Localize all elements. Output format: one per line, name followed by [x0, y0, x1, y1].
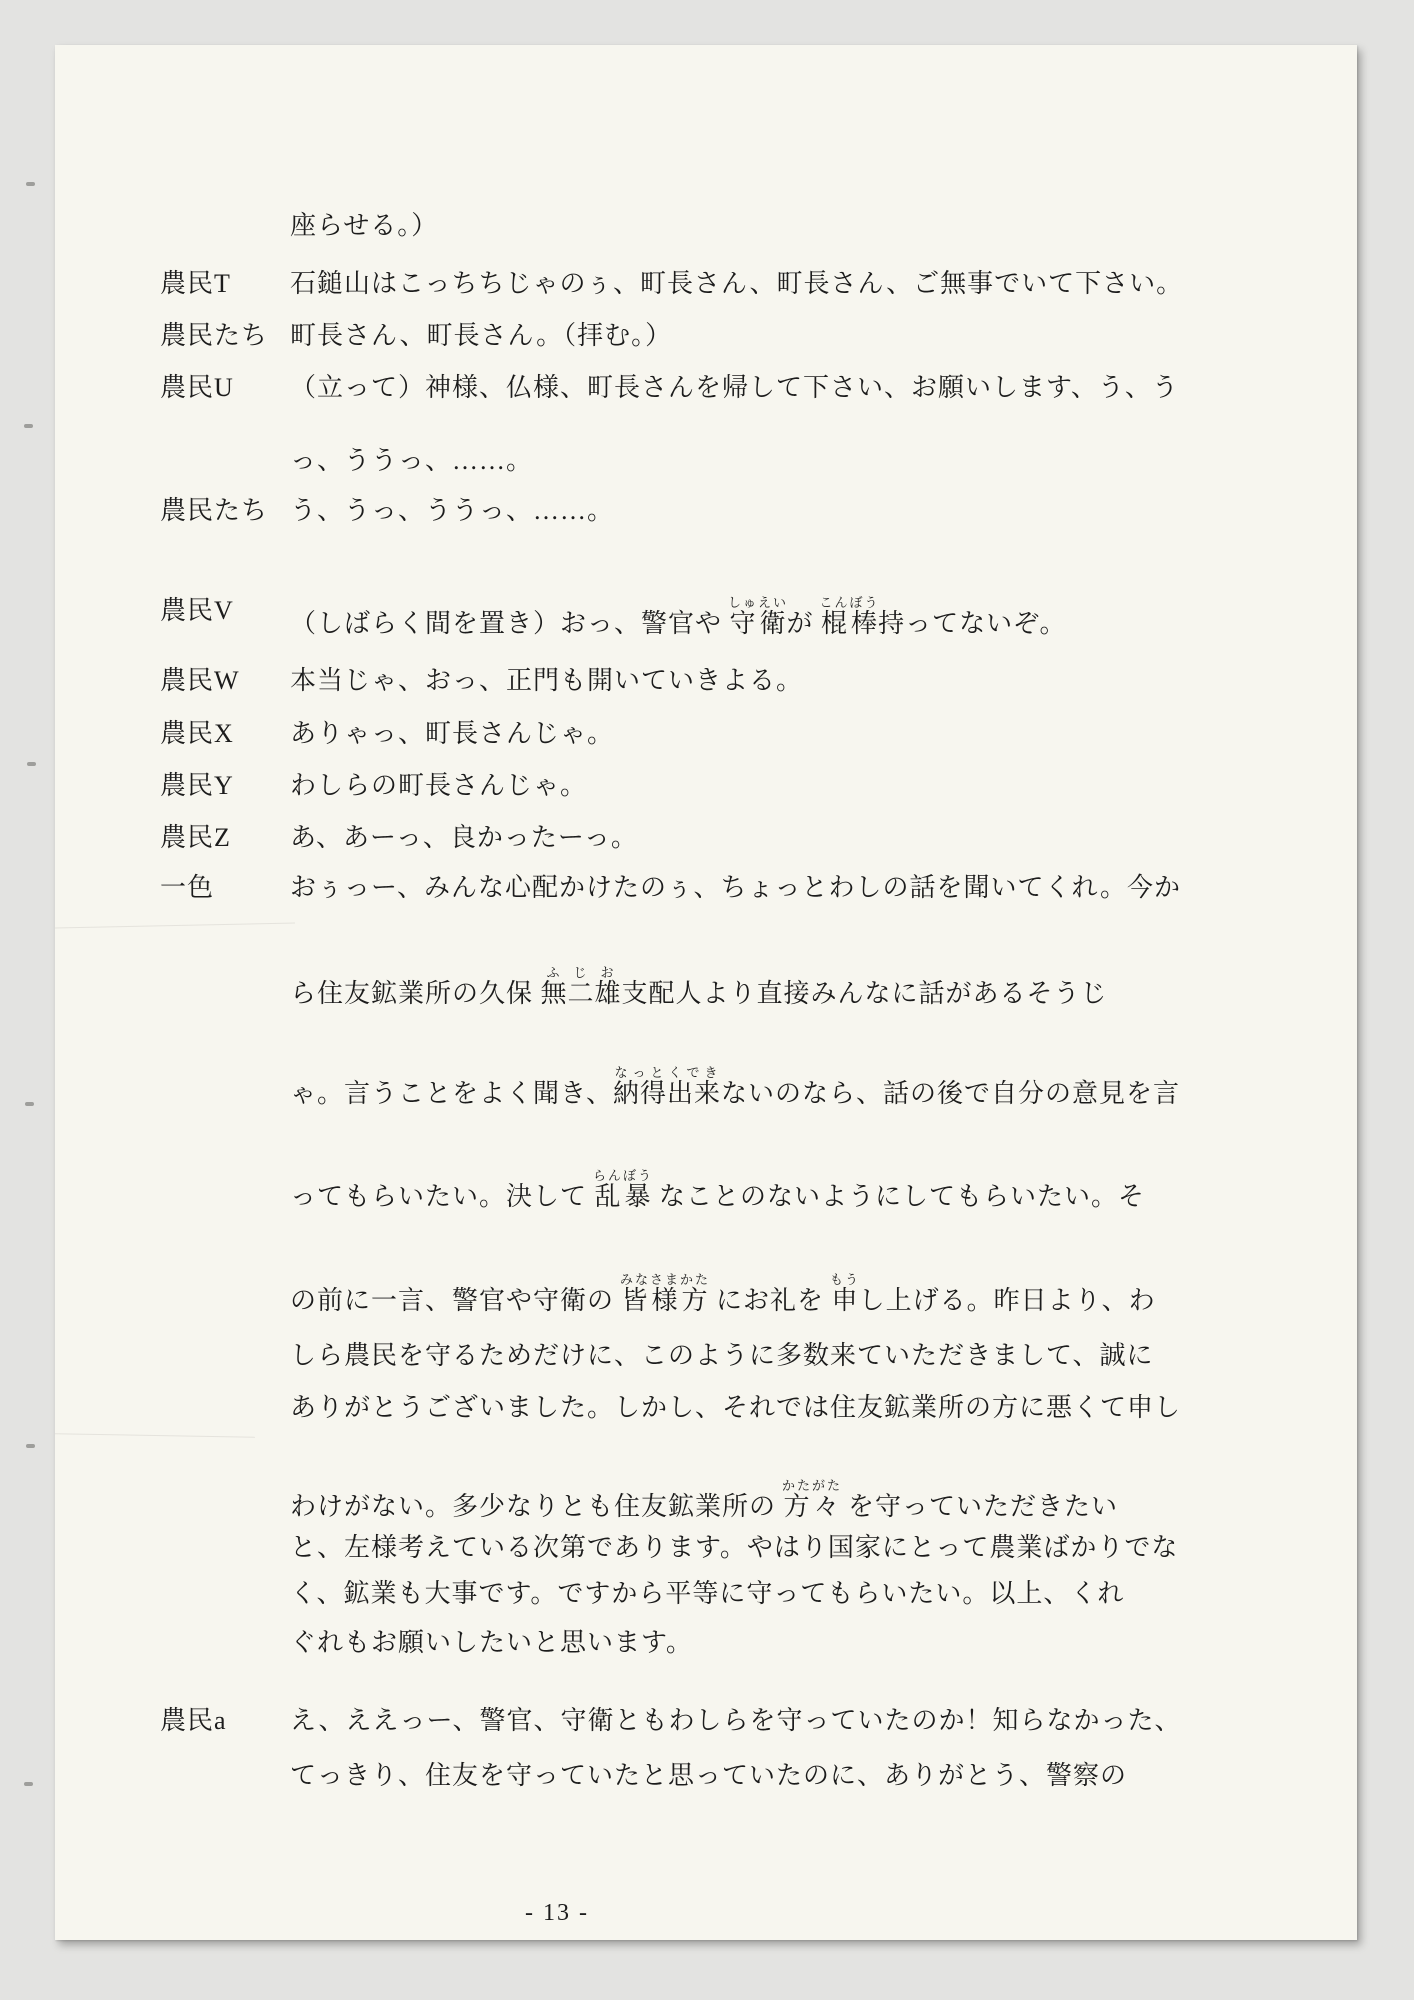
script-line: ゃ。言うことをよく聞き、納得出来なっとくできないのなら、話の後で自分の意見を言	[160, 1065, 1307, 1111]
script-line: 一色おぅっー、みんな心配かけたのぅ、ちょっとわしの話を聞いてくれ。今か	[160, 872, 1307, 905]
speaker-label: 農民T	[160, 268, 290, 301]
dialogue-text: ってもらいたい。決して 乱暴らんぼう なことのないようにしてもらいたい。そ	[290, 1168, 1145, 1214]
dialogue-text: ゃ。言うことをよく聞き、納得出来なっとくできないのなら、話の後で自分の意見を言	[290, 1065, 1180, 1111]
speaker-label: 農民Z	[160, 822, 290, 855]
speaker-label: 一色	[160, 872, 290, 905]
script-line: 座らせる。）	[160, 210, 1307, 243]
speaker-label: 農民a	[160, 1705, 290, 1738]
dialogue-text: 座らせる。）	[290, 210, 438, 243]
speaker-label: 農民U	[160, 372, 290, 405]
script-line: っ、ううっ、……。	[160, 445, 1307, 478]
scan-artifact	[27, 762, 36, 766]
dialogue-text: う、うっ、ううっ、……。	[290, 495, 614, 528]
dialogue-text: と、左様考えている次第であります。やはり国家にとって農業ばかりでな	[290, 1532, 1178, 1565]
dialogue-text: しら農民を守るためだけに、このように多数来ていただきまして、誠に	[290, 1340, 1153, 1373]
script-line: ってもらいたい。決して 乱暴らんぼう なことのないようにしてもらいたい。そ	[160, 1168, 1307, 1214]
script-line: てっきり、住友を守っていたと思っていたのに、ありがとう、警察の	[160, 1760, 1307, 1793]
dialogue-text: 石鎚山はこっちちじゃのぅ、町長さん、町長さん、ご無事でいて下さい。	[290, 268, 1183, 301]
speaker-label: 農民X	[160, 718, 290, 751]
script-line: ら住友鉱業所の久保 無二雄ふじお支配人より直接みんなに話があるそうじ	[160, 965, 1307, 1011]
script-line: わけがない。多少なりとも住友鉱業所の 方々かたがた を守っていただきたい	[160, 1478, 1307, 1524]
speaker-label: 農民たち	[160, 495, 290, 528]
dialogue-text: おぅっー、みんな心配かけたのぅ、ちょっとわしの話を聞いてくれ。今か	[290, 872, 1181, 905]
scan-artifact	[24, 424, 33, 428]
scan-artifact	[26, 1444, 35, 1448]
script-line: しら農民を守るためだけに、このように多数来ていただきまして、誠に	[160, 1340, 1307, 1373]
script-line: 農民V（しばらく間を置き）おっ、警官や 守衛しゅえいが 棍棒こんぼう持ってないぞ…	[160, 595, 1307, 641]
dialogue-text: 本当じゃ、おっ、正門も開いていきよる。	[290, 665, 803, 698]
dialogue-text: ありゃっ、町長さんじゃ。	[290, 718, 614, 751]
dialogue-text: っ、ううっ、……。	[290, 445, 533, 478]
script-line: 農民T石鎚山はこっちちじゃのぅ、町長さん、町長さん、ご無事でいて下さい。	[160, 268, 1307, 301]
dialogue-text: 町長さん、町長さん。（拝む。）	[290, 320, 672, 353]
scan-artifact	[26, 182, 35, 186]
script-line: 農民Zあ、あーっ、良かったーっ。	[160, 822, 1307, 855]
speaker-label: 農民Y	[160, 770, 290, 803]
speaker-label: 農民W	[160, 665, 290, 698]
dialogue-text: の前に一言、警官や守衛の 皆様方みなさまかた にお礼を 申もうし上げる。昨日より…	[290, 1272, 1156, 1318]
script-line: 農民Xありゃっ、町長さんじゃ。	[160, 718, 1307, 751]
page-number: - 13 -	[497, 1900, 617, 1927]
dialogue-text: てっきり、住友を守っていたと思っていたのに、ありがとう、警察の	[290, 1760, 1127, 1793]
speaker-label: 農民V	[160, 595, 290, 628]
script-line: ありがとうございました。しかし、それでは住友鉱業所の方に悪くて申し	[160, 1392, 1307, 1425]
script-line: と、左様考えている次第であります。やはり国家にとって農業ばかりでな	[160, 1532, 1307, 1565]
script-line: の前に一言、警官や守衛の 皆様方みなさまかた にお礼を 申もうし上げる。昨日より…	[160, 1272, 1307, 1318]
page-sheet: 座らせる。） 農民T石鎚山はこっちちじゃのぅ、町長さん、町長さん、ご無事でいて下…	[55, 45, 1357, 1940]
scan-artifact	[24, 1782, 33, 1786]
dialogue-text: （しばらく間を置き）おっ、警官や 守衛しゅえいが 棍棒こんぼう持ってないぞ。	[290, 595, 1067, 641]
dialogue-text: え、ええっー、警官、守衛ともわしらを守っていたのか！知らなかった、	[290, 1705, 1182, 1738]
paper-crease	[55, 1433, 255, 1437]
script-line: 農民たち町長さん、町長さん。（拝む。）	[160, 320, 1307, 353]
dialogue-text: わけがない。多少なりとも住友鉱業所の 方々かたがた を守っていただきたい	[290, 1478, 1118, 1524]
dialogue-text: （立って）神様、仏様、町長さんを帰して下さい、お願いします、う、う	[290, 372, 1179, 405]
speaker-label: 農民たち	[160, 320, 290, 353]
dialogue-text: ぐれもお願いしたいと思います。	[290, 1627, 693, 1660]
script-line: 農民Yわしらの町長さんじゃ。	[160, 770, 1307, 803]
dialogue-text: あ、あーっ、良かったーっ。	[290, 822, 638, 855]
script-line: 農民たちう、うっ、ううっ、……。	[160, 495, 1307, 528]
dialogue-text: ありがとうございました。しかし、それでは住友鉱業所の方に悪くて申し	[290, 1392, 1181, 1425]
script-line: ぐれもお願いしたいと思います。	[160, 1627, 1307, 1660]
script-line: 農民W本当じゃ、おっ、正門も開いていきよる。	[160, 665, 1307, 698]
script-line: 農民U（立って）神様、仏様、町長さんを帰して下さい、お願いします、う、う	[160, 372, 1307, 405]
dialogue-text: く、鉱業も大事です。ですから平等に守ってもらいたい。以上、くれ	[290, 1578, 1124, 1611]
script-line: く、鉱業も大事です。ですから平等に守ってもらいたい。以上、くれ	[160, 1578, 1307, 1611]
paper-crease	[55, 922, 295, 928]
scan-artifact	[25, 1102, 34, 1106]
script-line: 農民aえ、ええっー、警官、守衛ともわしらを守っていたのか！知らなかった、	[160, 1705, 1307, 1738]
dialogue-text: わしらの町長さんじゃ。	[290, 770, 587, 803]
dialogue-text: ら住友鉱業所の久保 無二雄ふじお支配人より直接みんなに話があるそうじ	[290, 965, 1108, 1011]
